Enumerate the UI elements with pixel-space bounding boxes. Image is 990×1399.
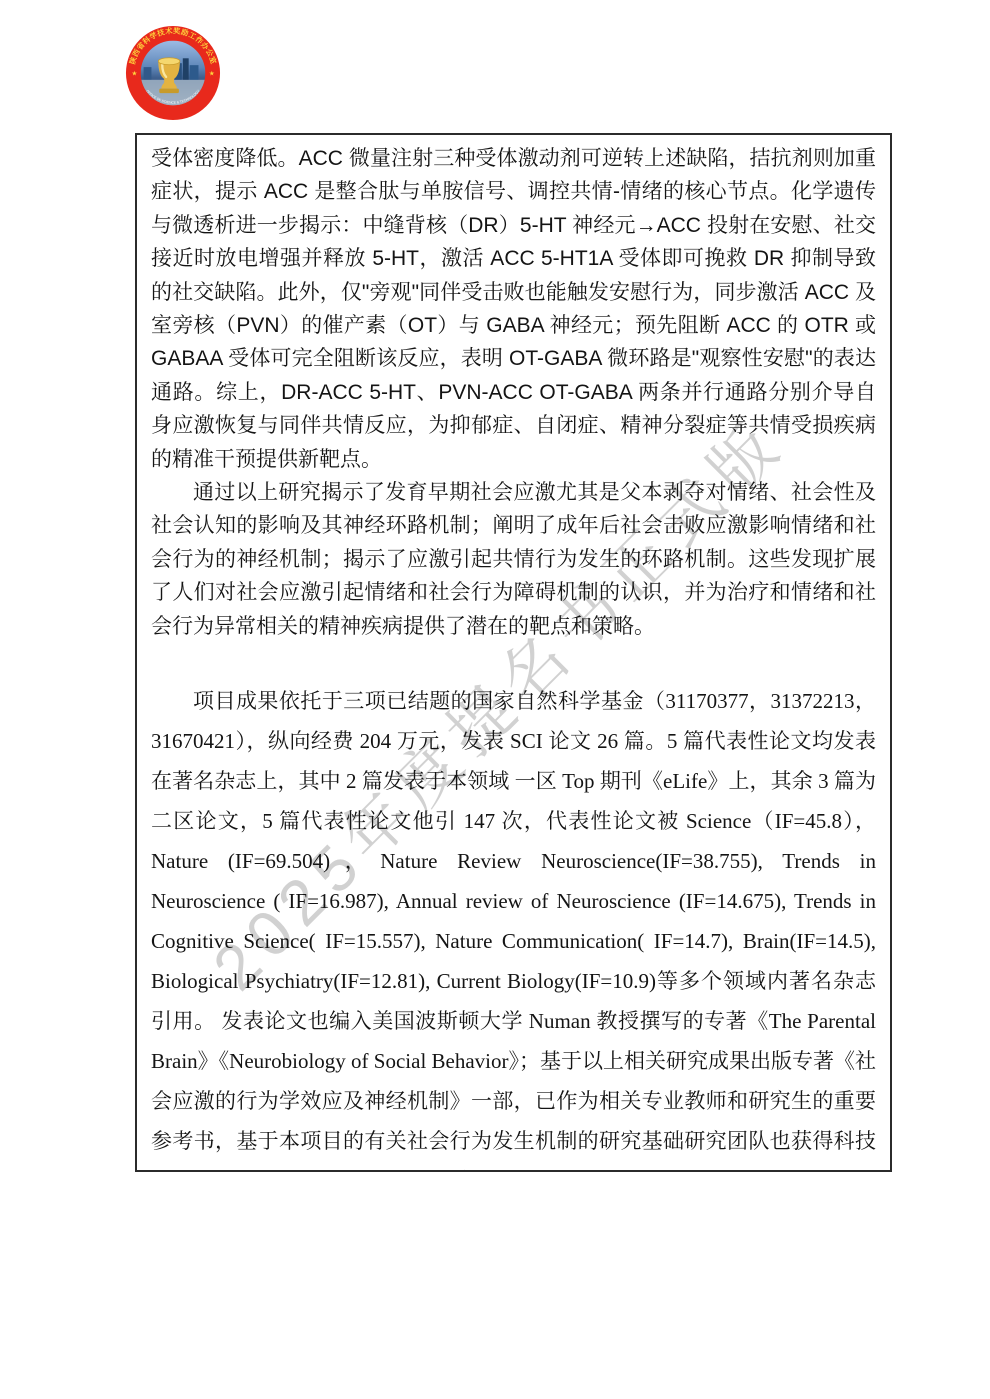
seal-star-left-icon: ★	[131, 70, 137, 77]
org-seal-logo: 陕西省科学技术奖励工作办公室 OFFICE OF SCIENCE & TECHN…	[124, 24, 222, 122]
content-border-box: 受体密度降低。ACC 微量注射三种受体激动剂可逆转上述缺陷，拮抗剂则加重症状，提…	[135, 133, 892, 1172]
trophy-icon	[158, 58, 180, 93]
paragraph-research-findings: 受体密度降低。ACC 微量注射三种受体激动剂可逆转上述缺陷，拮抗剂则加重症状，提…	[151, 142, 876, 476]
seal-star-right-icon: ★	[209, 70, 215, 77]
org-seal-graphic: 陕西省科学技术奖励工作办公室 OFFICE OF SCIENCE & TECHN…	[124, 24, 222, 122]
paragraph-research-summary: 通过以上研究揭示了发育早期社会应激尤其是父本剥夺对情绪、社会性及社会认知的影响及…	[151, 476, 876, 643]
paragraph-project-achievements: 项目成果依托于三项已结题的国家自然科学基金（31170377，31372213，…	[151, 681, 876, 1172]
